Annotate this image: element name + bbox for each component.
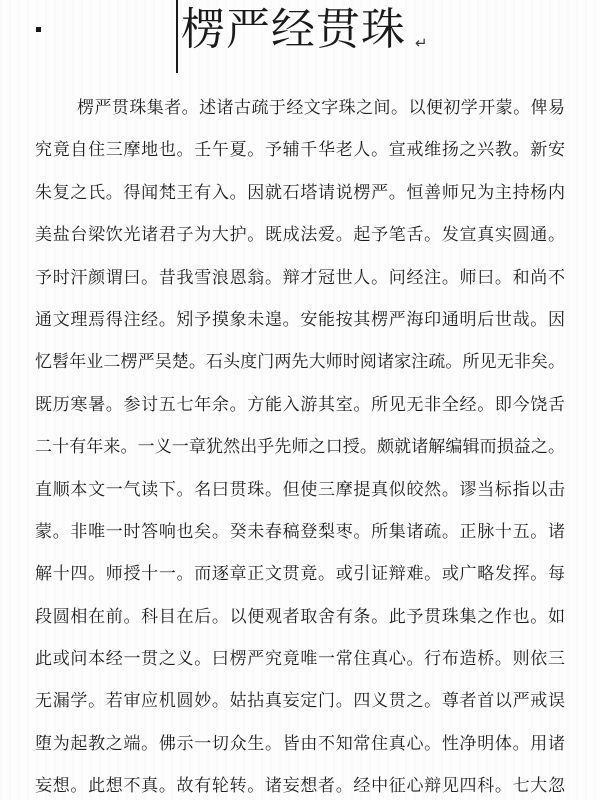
- text-line[interactable]: 二十有年来。一义一章犹然出乎先师之口授。颇就诸解编辑而损益之。: [35, 426, 565, 468]
- text-line[interactable]: 段圆相在前。科目在后。以便观者取舍有条。此予贯珠集之作也。如: [35, 596, 565, 638]
- document-body[interactable]: 楞严贯珠集者。述诸古疏于经文字珠之间。以便初学开蒙。俾易 究竟自住三摩地也。壬午…: [35, 87, 565, 800]
- paragraph-return-mark-icon: ↵: [415, 34, 428, 52]
- text-line[interactable]: 此或问本经一贯之义。曰楞严究竟唯一常住真心。行布造桥。则依三: [35, 638, 565, 680]
- text-cursor: [176, 0, 178, 73]
- text-line[interactable]: 蒙。非唯一时答响也矣。癸未春稿登梨枣。所集诸疏。正脉十五。诸: [35, 511, 565, 553]
- text-line[interactable]: 予时汗颜谓曰。昔我雪浪恩翁。辩才冠世人。问经注。师曰。和尚不: [35, 257, 565, 299]
- text-line[interactable]: 妄想。此想不真。故有轮转。诸妄想者。经中征心辩见四科。七大忽: [35, 765, 565, 800]
- text-line[interactable]: 无漏学。若审应机圆妙。姑拈真妄定门。四义贯之。尊者首以严戒误: [35, 680, 565, 722]
- text-line[interactable]: 直顺本文一气读下。名曰贯珠。但使三摩提真似皎然。谬当标指以击: [35, 469, 565, 511]
- text-line[interactable]: 既历寒暑。参讨五七年余。方能入游其室。所见无非全经。即今饶舌: [35, 384, 565, 426]
- text-line[interactable]: 美盐台梁饮光诸君子为大护。既成法爱。起予笔舌。发宣真实圆通。: [35, 214, 565, 256]
- text-line[interactable]: 楞严贯珠集者。述诸古疏于经文字珠之间。以便初学开蒙。俾易: [35, 87, 565, 129]
- text-line[interactable]: 堕为起教之端。佛示一切众生。皆由不知常住真心。性净明体。用诸: [35, 723, 565, 765]
- text-line[interactable]: 通文理焉得注经。矧予摸象未遑。安能按其楞严海印通明后世哉。因: [35, 299, 565, 341]
- text-line[interactable]: 解十四。师授十一。而逐章正文贯竟。或引证辩难。或广略发挥。每: [35, 553, 565, 595]
- stray-ink-dot: [36, 27, 41, 32]
- document-title[interactable]: 楞严经贯珠: [181, 1, 406, 59]
- document-page[interactable]: 楞严经贯珠 ↵ 楞严贯珠集者。述诸古疏于经文字珠之间。以便初学开蒙。俾易 究竟自…: [0, 0, 600, 800]
- text-line[interactable]: 忆髫年业二楞严吴楚。石头度门两先大师时阅诸家注疏。所见无非矣。: [35, 341, 565, 383]
- text-line[interactable]: 朱复之氏。得闻梵王有入。因就石塔请说楞严。恒善师兄为主持杨内: [35, 172, 565, 214]
- text-line[interactable]: 究竟自住三摩地也。壬午夏。予辅千华老人。宣戒维扬之兴教。新安: [35, 129, 565, 171]
